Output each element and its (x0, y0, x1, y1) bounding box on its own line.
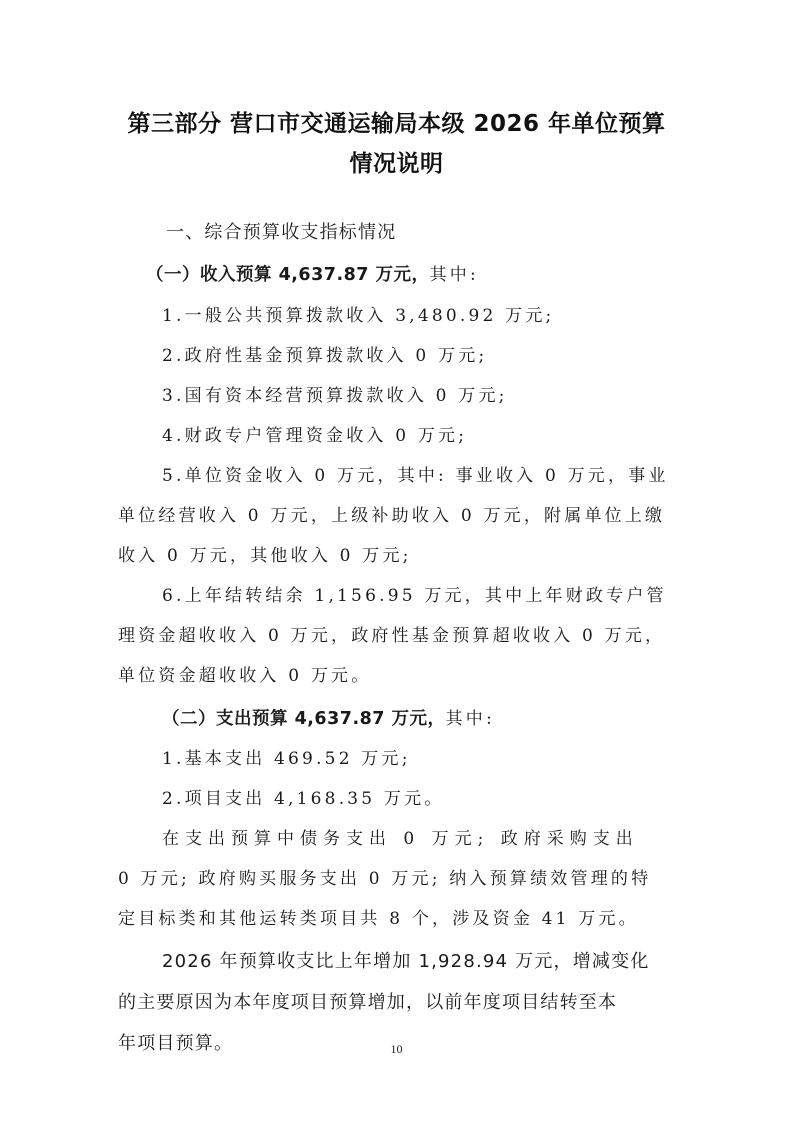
expense-note-line-3: 定目标类和其他运转类项目共 8 个，涉及资金 41 万元。 (118, 904, 639, 929)
summary-line-1: 2026 年预算收支比上年增加 1,928.94 万元，增减变化 (162, 947, 650, 973)
expense-heading-rest: 其中: (446, 709, 495, 729)
income-heading-rest: 其中: (430, 265, 479, 285)
expense-heading-bold: （二）支出预算 4,637.87 万元， (162, 709, 446, 729)
expense-item-2: 2.项目支出 4,168.35 万元。 (162, 784, 445, 809)
page-title-line-1: 第三部分 营口市交通运输局本级 2026 年单位预算 (100, 105, 693, 138)
income-item-6-line-2: 理资金超收收入 0 万元，政府性基金预算超收收入 0 万元， (118, 621, 665, 646)
income-item-2: 2.政府性基金预算拨款收入 0 万元; (162, 341, 487, 366)
summary-line-2: 的主要原因为本年度项目预算增加，以前年度项目结转至本 (118, 988, 617, 1014)
expense-note-line-1: 在支出预算中债务支出 0 万元; 政府采购支出 (162, 824, 639, 849)
expense-note-line-2: 0 万元; 政府购买服务支出 0 万元; 纳入预算绩效管理的特 (118, 864, 651, 889)
income-item-1: 1.一般公共预算拨款收入 3,480.92 万元; (162, 301, 554, 326)
page-number: 10 (0, 1042, 793, 1057)
income-item-5-line-2: 单位经营收入 0 万元，上级补助收入 0 万元，附属单位上缴 (118, 501, 665, 526)
income-heading: （一）收入预算 4,637.87 万元，其中: (146, 260, 479, 286)
income-item-5-line-3: 收入 0 万元，其他收入 0 万元; (118, 541, 412, 566)
section-heading: 一、综合预算收支指标情况 (166, 218, 396, 244)
income-item-6-line-3: 单位资金超收收入 0 万元。 (118, 661, 371, 686)
income-heading-bold: （一）收入预算 4,637.87 万元， (146, 265, 430, 285)
income-item-3: 3.国有资本经营预算拨款收入 0 万元; (162, 381, 508, 406)
expense-heading: （二）支出预算 4,637.87 万元，其中: (162, 704, 495, 730)
page-title-line-2: 情况说明 (100, 145, 693, 178)
income-item-4: 4.财政专户管理资金收入 0 万元; (162, 421, 467, 446)
income-item-6-line-1: 6.上年结转结余 1,156.95 万元，其中上年财政专户管 (162, 581, 667, 606)
income-item-5-line-1: 5.单位资金收入 0 万元，其中: 事业收入 0 万元，事业 (162, 461, 669, 486)
document-page: 第三部分 营口市交通运输局本级 2026 年单位预算 情况说明 一、综合预算收支… (0, 0, 793, 1122)
expense-item-1: 1.基本支出 469.52 万元; (162, 744, 411, 769)
